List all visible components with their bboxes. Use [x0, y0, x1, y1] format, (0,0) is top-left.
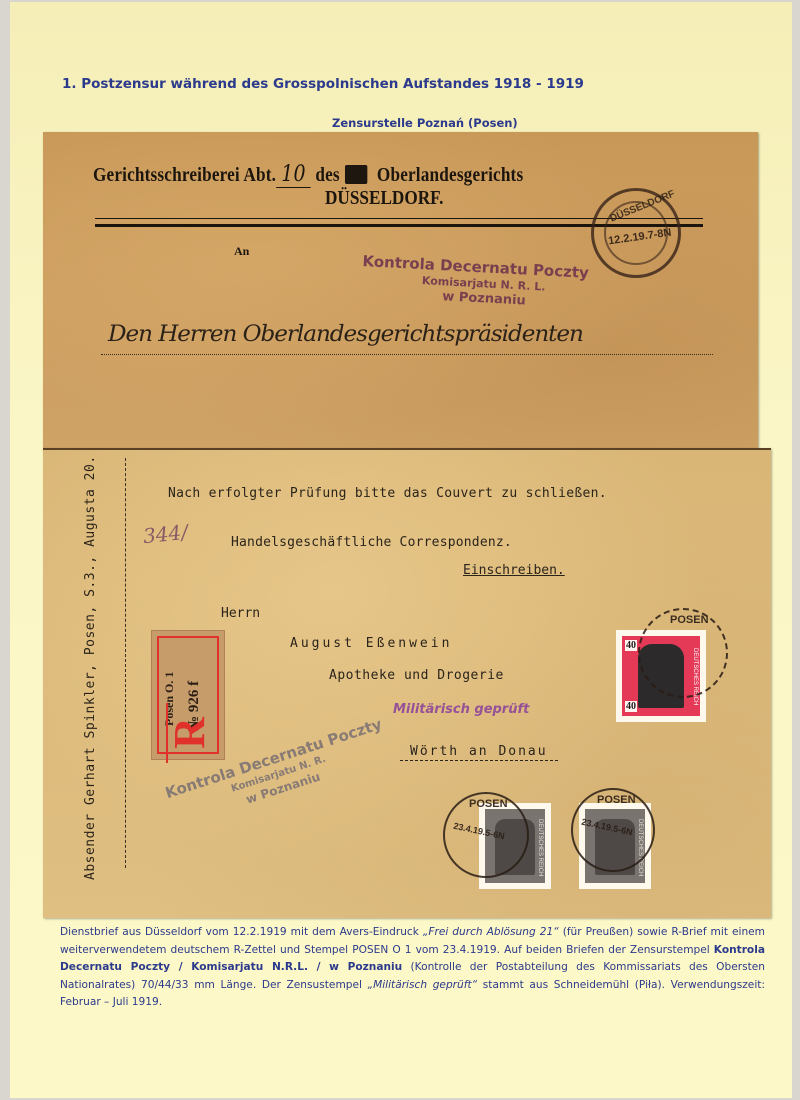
- caption-italic: „Militärisch geprüft“: [368, 979, 478, 991]
- heading-right: Oberlandesgerichts: [377, 164, 523, 186]
- postmark-city: POSEN: [469, 798, 508, 810]
- postmark-posen-1: POSEN: [638, 608, 728, 698]
- postmark-date: 23.4.19.5-6N: [453, 821, 506, 842]
- an-label: An: [234, 244, 249, 259]
- page-title: 1. Postzensur während des Grosspolnische…: [62, 76, 584, 92]
- correspondence-line: Handelsgeschäftliche Correspondenz.: [231, 535, 512, 550]
- envelope-registered-posen: Absender Gerhart Spinkler, Posen, S.3., …: [43, 448, 771, 918]
- recipient-firm: Apotheke und Drogerie: [329, 668, 504, 683]
- postmark-posen-2: POSEN 23.4.19.5-6N: [443, 792, 529, 878]
- stamp-value-bottom: 40: [625, 701, 637, 712]
- ink-blot: [345, 165, 367, 184]
- caption-part: Dienstbrief aus Düsseldorf vom 12.2.1919…: [60, 926, 423, 938]
- recipient-city: Wörth an Donau: [400, 744, 558, 761]
- album-page: 1. Postzensur während des Grosspolnische…: [10, 2, 792, 1098]
- pencil-note: 344/: [142, 520, 189, 549]
- sender-dashed-line: [125, 458, 126, 868]
- registered-line: Einschreiben.: [463, 563, 565, 578]
- caption-italic: „Frei durch Ablösung 21“: [423, 926, 559, 938]
- stamp-value-top: 40: [625, 640, 637, 651]
- stamp-country: DEUTSCHES REICH: [537, 819, 543, 876]
- handwritten-number: 10: [276, 162, 311, 188]
- censor-stamp-violet: Kontrola Decernatu Poczty Komisarjatu N.…: [360, 252, 589, 312]
- heading-des: des: [315, 164, 339, 186]
- postmark-date: 23.4.19.5-6N: [581, 817, 634, 838]
- description-caption: Dienstbrief aus Düsseldorf vom 12.2.1919…: [60, 924, 765, 1012]
- postmark-duesseldorf: DÜSSELDORF 12.2.19.7-8N: [591, 188, 681, 278]
- postmark-city: POSEN: [597, 794, 636, 806]
- recipient-name: August Eßenwein: [290, 636, 452, 651]
- r-label-letter: R: [166, 703, 210, 763]
- postmark-posen-3: POSEN 23.4.19.5-6N: [571, 788, 655, 872]
- instruction-line: Nach erfolgter Prüfung bitte das Couvert…: [168, 486, 607, 501]
- handwritten-address: Den Herren Oberlandesgerichtspräsidenten: [108, 322, 738, 347]
- postmark-city: POSEN: [670, 614, 709, 626]
- envelope-duesseldorf: Gerichtsschreiberei Abt.10 des Oberlande…: [43, 132, 758, 452]
- salutation: Herrn: [221, 606, 260, 621]
- militar-censor-stamp: Militärisch geprüft: [393, 702, 529, 717]
- registration-label: Posen O. 1 № 926 f R: [151, 630, 225, 760]
- address-dotted-line: [101, 354, 713, 355]
- envelope1-heading: Gerichtsschreiberei Abt.10 des Oberlande…: [93, 162, 626, 187]
- sender-text: Absender Gerhart Spinkler, Posen, S.3., …: [83, 455, 98, 880]
- sender-strip: Absender Gerhart Spinkler, Posen, S.3., …: [43, 450, 125, 920]
- page-subtitle: Zensurstelle Poznań (Posen): [332, 116, 518, 130]
- heading-left: Gerichtsschreiberei Abt.: [93, 164, 276, 186]
- envelope1-city: DÜSSELDORF.: [325, 187, 443, 210]
